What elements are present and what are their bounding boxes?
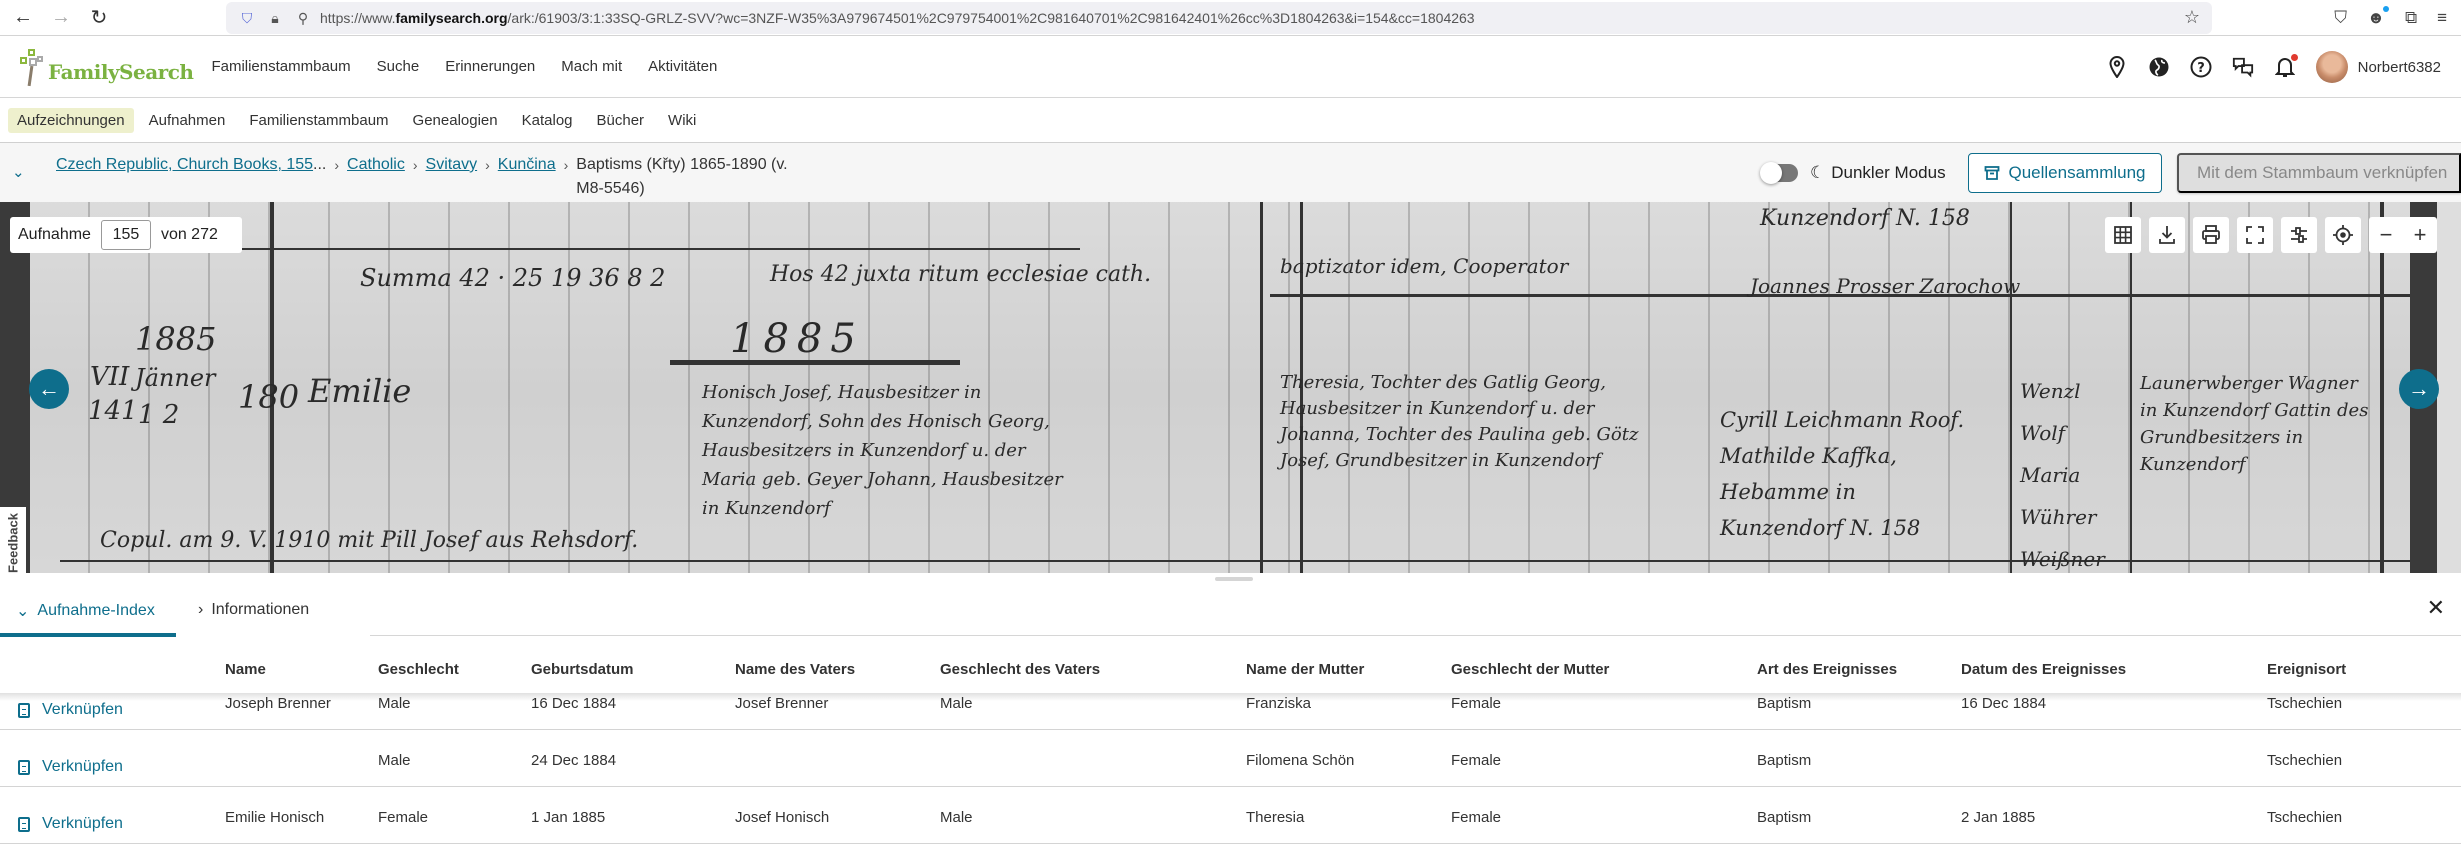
- handwriting-father: Honisch Josef, Hausbesitzer in Kunzendor…: [702, 378, 1082, 523]
- cell-mother-sex: Female: [1451, 695, 1501, 712]
- subnav-genealogien[interactable]: Genealogien: [404, 108, 507, 133]
- tab-informationen[interactable]: › Informationen: [198, 601, 309, 619]
- image-adjust-button[interactable]: [2281, 217, 2317, 253]
- document-icon: [18, 760, 30, 775]
- nav-familienstammbaum[interactable]: Familienstammbaum: [211, 58, 350, 75]
- tree-logo-icon: [18, 47, 48, 87]
- subnav-katalog[interactable]: Katalog: [513, 108, 582, 133]
- cell-father-sex: Male: [940, 809, 973, 826]
- bookmark-star-icon[interactable]: ☆: [2184, 7, 2200, 28]
- cell-mother-sex: Female: [1451, 752, 1501, 769]
- breadcrumb-separator: ›: [564, 153, 569, 177]
- link-record-button[interactable]: Verknüpfen: [18, 815, 123, 833]
- permissions-icon[interactable]: ⚲: [292, 10, 314, 27]
- table-header: Name Geschlecht Geburtsdatum Name des Va…: [0, 651, 2461, 693]
- table-row: Verknüpfen Male 24 Dec 1884 Filomena Sch…: [0, 730, 2461, 787]
- url-prefix: https://www.: [320, 10, 395, 26]
- close-panel-icon[interactable]: ✕: [2427, 595, 2445, 621]
- cell-sex: Male: [378, 695, 411, 712]
- column-header-birth[interactable]: Geburtsdatum: [531, 661, 634, 678]
- breadcrumb-separator: ›: [413, 153, 418, 177]
- document-image[interactable]: Summa 42 · 25 19 36 8 2 1885 VII Jänner …: [30, 202, 2410, 573]
- tab-label: Aufnahme-Index: [37, 602, 154, 620]
- breadcrumb-kuncina[interactable]: Kunčina: [498, 153, 556, 177]
- image-viewer[interactable]: Summa 42 · 25 19 36 8 2 1885 VII Jänner …: [0, 202, 2461, 573]
- handwriting-baptizer: baptizator idem, Cooperator: [1280, 254, 1568, 278]
- chevron-right-icon: ›: [198, 601, 203, 619]
- globe-icon[interactable]: [2148, 56, 2170, 78]
- document-icon: [18, 817, 30, 832]
- handwriting-days: 1 2: [138, 400, 179, 430]
- panel-resize-handle[interactable]: [1215, 577, 1253, 581]
- column-header-event-date[interactable]: Datum des Ereignisses: [1961, 661, 2126, 678]
- familysearch-logo[interactable]: FamilySearch: [18, 47, 193, 87]
- cell-sex: Male: [378, 752, 411, 769]
- image-total: von 272: [161, 226, 218, 244]
- cell-father: Josef Honisch: [735, 809, 829, 826]
- index-table: Name Geschlecht Geburtsdatum Name des Va…: [0, 651, 2461, 693]
- download-icon: [2158, 225, 2176, 245]
- cell-mother: Theresia: [1246, 809, 1304, 826]
- sub-nav: Aufzeichnungen Aufnahmen Familienstammba…: [0, 98, 2461, 142]
- dark-mode-switch[interactable]: [1762, 164, 1798, 182]
- column-header-mother[interactable]: Name der Mutter: [1246, 661, 1364, 678]
- handwriting-footer: Copul. am 9. V. 1910 mit Pill Josef aus …: [100, 528, 638, 553]
- panel-tabs: ⌄ Aufnahme-Index › Informationen: [0, 593, 2461, 637]
- table-body[interactable]: Verknüpfen Joseph Brenner Male 16 Dec 18…: [0, 693, 2461, 850]
- shield-icon[interactable]: ⛉: [236, 10, 258, 27]
- reload-icon[interactable]: ↻: [84, 3, 114, 33]
- tabs-divider: [370, 635, 2461, 636]
- url-path: /ark:/61903/3:1:33SQ-GRLZ-SVV?wc=3NZF-W3…: [508, 10, 1475, 26]
- column-header-sex[interactable]: Geschlecht: [378, 661, 459, 678]
- cell-name: Emilie Honisch: [225, 809, 324, 826]
- archive-box-icon: [1984, 165, 2000, 181]
- print-icon: [2202, 225, 2220, 245]
- site-header: FamilySearch Familienstammbaum Suche Eri…: [0, 36, 2461, 98]
- document-icon: [18, 703, 30, 718]
- handwriting-year: 1885: [135, 320, 216, 358]
- link-label: Verknüpfen: [42, 758, 123, 776]
- url-host: familysearch.org: [395, 10, 507, 26]
- handwriting-top-right: Kunzendorf N. 158: [1760, 206, 1970, 231]
- forward-icon[interactable]: →: [46, 3, 76, 33]
- bell-icon[interactable]: [2274, 56, 2296, 78]
- feedback-tab[interactable]: Feedback: [0, 507, 26, 573]
- main-nav: Familienstammbaum Suche Erinnerungen Mac…: [211, 58, 743, 75]
- handwriting-month: Jänner: [135, 364, 216, 392]
- handwriting-year-mid: 1885: [730, 316, 864, 362]
- arrow-left-icon: ←: [38, 376, 60, 402]
- nav-suche[interactable]: Suche: [377, 58, 420, 75]
- cell-place: Tschechien: [2267, 695, 2342, 712]
- svg-text:?: ?: [2197, 61, 2205, 76]
- viewer-toolbar: − +: [2105, 217, 2437, 253]
- location-pin-icon[interactable]: [2106, 56, 2128, 78]
- moon-stars-icon: ☾: [1810, 163, 1825, 183]
- breadcrumb-ellipsis: ...: [313, 153, 326, 177]
- zoom-in-button[interactable]: +: [2414, 222, 2427, 248]
- source-collection-button[interactable]: Quellensammlung: [1968, 153, 2162, 193]
- table-row: Verknüpfen Emilie Honisch Female 1 Jan 1…: [0, 787, 2461, 844]
- previous-image-button[interactable]: ←: [29, 369, 69, 409]
- image-label: Aufnahme: [18, 226, 91, 244]
- cell-event-type: Baptism: [1757, 809, 1811, 826]
- print-button[interactable]: [2193, 217, 2229, 253]
- breadcrumb: Czech Republic, Church Books, 155... › C…: [56, 153, 806, 201]
- column-header-father[interactable]: Name des Vaters: [735, 661, 855, 678]
- account-icon[interactable]: ☻: [2367, 8, 2385, 28]
- breadcrumb-current: Baptisms (Křty) 1865-1890 (v. M8-5546): [576, 153, 806, 201]
- chevron-down-icon: ⌄: [16, 601, 29, 621]
- locate-button[interactable]: [2325, 217, 2361, 253]
- cell-event-date: 16 Dec 1884: [1961, 695, 2046, 712]
- cell-birth: 16 Dec 1884: [531, 695, 616, 712]
- handwriting-right-col: Launerwberger Wagner in Kunzendorf Gatti…: [2140, 370, 2370, 478]
- cell-father: Josef Brenner: [735, 695, 828, 712]
- tab-aufnahme-index[interactable]: ⌄ Aufnahme-Index: [16, 601, 155, 621]
- cell-name: Joseph Brenner: [225, 695, 331, 712]
- handwriting-house: 180: [238, 378, 299, 416]
- zoom-controls: − +: [2369, 217, 2437, 253]
- nav-aktivitaeten[interactable]: Aktivitäten: [648, 58, 717, 75]
- fullscreen-icon: [2246, 226, 2264, 244]
- image-counter: Aufnahme von 272: [10, 217, 242, 253]
- pocket-icon[interactable]: ⛉: [2334, 8, 2347, 28]
- avatar[interactable]: [2316, 51, 2348, 83]
- handwriting-entry-no: 141: [88, 396, 138, 426]
- link-record-button[interactable]: Verknüpfen: [18, 758, 123, 776]
- column-header-mother-sex[interactable]: Geschlecht der Mutter: [1451, 661, 1609, 678]
- link-record-button[interactable]: Verknüpfen: [18, 701, 123, 719]
- subnav-wiki[interactable]: Wiki: [659, 108, 705, 133]
- active-tab-indicator: [0, 633, 176, 637]
- cell-father-sex: Male: [940, 695, 973, 712]
- handwriting-priest: Joannes Prosser Zarochow: [1750, 274, 2020, 298]
- chat-icon[interactable]: [2232, 56, 2254, 78]
- breadcrumb-catholic[interactable]: Catholic: [347, 153, 405, 177]
- cell-birth: 1 Jan 1885: [531, 809, 605, 826]
- column-header-father-sex[interactable]: Geschlecht des Vaters: [940, 661, 1100, 678]
- arrow-right-icon: →: [2408, 376, 2430, 402]
- chevron-down-icon[interactable]: ⌄: [12, 163, 25, 181]
- handwriting-mother: Theresia, Tochter des Gatlig Georg, Haus…: [1280, 370, 1680, 474]
- image-number-input[interactable]: [101, 220, 151, 250]
- download-button[interactable]: [2149, 217, 2185, 253]
- fullscreen-button[interactable]: [2237, 217, 2273, 253]
- cell-mother-sex: Female: [1451, 809, 1501, 826]
- grid-icon: [2114, 226, 2132, 244]
- cell-event-date: 2 Jan 1885: [1961, 809, 2035, 826]
- handwriting-name: Emilie: [308, 372, 411, 410]
- grid-view-button[interactable]: [2105, 217, 2141, 253]
- handwriting-witness: Wenzl Wolf Maria Wührer Weißner Georg: [2020, 370, 2130, 573]
- handwriting-header-note: Hos 42 juxta ritum ecclesiae cath.: [770, 262, 1151, 287]
- cell-birth: 24 Dec 1884: [531, 752, 616, 769]
- cell-mother: Filomena Schön: [1246, 752, 1354, 769]
- subnav-buecher[interactable]: Bücher: [588, 108, 654, 133]
- cell-mother: Franziska: [1246, 695, 1311, 712]
- subnav-aufzeichnungen[interactable]: Aufzeichnungen: [8, 108, 134, 133]
- dark-mode-label: Dunkler Modus: [1831, 163, 1945, 183]
- viewer-scrollbar[interactable]: [2437, 202, 2461, 573]
- menu-icon[interactable]: ≡: [2437, 8, 2447, 28]
- cell-place: Tschechien: [2267, 752, 2342, 769]
- table-row: Verknüpfen Joseph Brenner Male 16 Dec 18…: [0, 693, 2461, 730]
- cell-place: Tschechien: [2267, 809, 2342, 826]
- back-icon[interactable]: ←: [8, 3, 38, 33]
- column-header-name[interactable]: Name: [225, 661, 266, 678]
- cell-sex: Female: [378, 809, 428, 826]
- dark-mode-toggle[interactable]: ☾ Dunkler Modus: [1762, 163, 1946, 183]
- lock-icon[interactable]: 🔒︎: [264, 10, 286, 27]
- subnav-familienstammbaum[interactable]: Familienstammbaum: [240, 108, 397, 133]
- nav-mach-mit[interactable]: Mach mit: [561, 58, 622, 75]
- subnav-aufnahmen[interactable]: Aufnahmen: [140, 108, 235, 133]
- index-panel: ⌄ Aufnahme-Index › Informationen ✕ Name …: [0, 573, 2461, 850]
- link-label: Verknüpfen: [42, 815, 123, 833]
- column-header-event-type[interactable]: Art des Ereignisses: [1757, 661, 1897, 678]
- url-bar[interactable]: ⛉ 🔒︎ ⚲ https://www.familysearch.org/ark:…: [226, 2, 2212, 34]
- handwriting-roman: VII: [90, 362, 129, 392]
- zoom-out-button[interactable]: −: [2380, 222, 2393, 248]
- nav-erinnerungen[interactable]: Erinnerungen: [445, 58, 535, 75]
- breadcrumb-bar: ⌄ Czech Republic, Church Books, 155... ›…: [0, 142, 2461, 202]
- cell-event-type: Baptism: [1757, 695, 1811, 712]
- browser-toolbar: ← → ↻ ⛉ 🔒︎ ⚲ https://www.familysearch.or…: [0, 0, 2461, 36]
- source-collection-label: Quellensammlung: [2008, 163, 2145, 183]
- breadcrumb-separator: ›: [334, 153, 339, 177]
- breadcrumb-svitavy[interactable]: Svitavy: [426, 153, 478, 177]
- help-icon[interactable]: ?: [2190, 56, 2212, 78]
- extensions-icon[interactable]: ⧉: [2405, 8, 2417, 28]
- cell-event-type: Baptism: [1757, 752, 1811, 769]
- logo-text: FamilySearch: [48, 57, 193, 87]
- link-label: Verknüpfen: [42, 701, 123, 719]
- locate-icon: [2333, 225, 2353, 245]
- next-image-button[interactable]: →: [2399, 369, 2439, 409]
- username[interactable]: Norbert6382: [2358, 59, 2441, 76]
- adjust-icon: [2290, 225, 2308, 245]
- handwriting-summa: Summa 42 · 25 19 36 8 2: [360, 264, 665, 292]
- breadcrumb-separator: ›: [485, 153, 490, 177]
- handwriting-godparents: Cyrill Leichmann Roof. Mathilde Kaffka, …: [1720, 402, 1980, 546]
- link-to-tree-button[interactable]: Mit dem Stammbaum verknüpfen: [2177, 153, 2461, 193]
- column-header-place[interactable]: Ereignisort: [2267, 661, 2346, 678]
- tab-label: Informationen: [211, 601, 309, 619]
- breadcrumb-collection[interactable]: Czech Republic, Church Books, 155: [56, 153, 313, 177]
